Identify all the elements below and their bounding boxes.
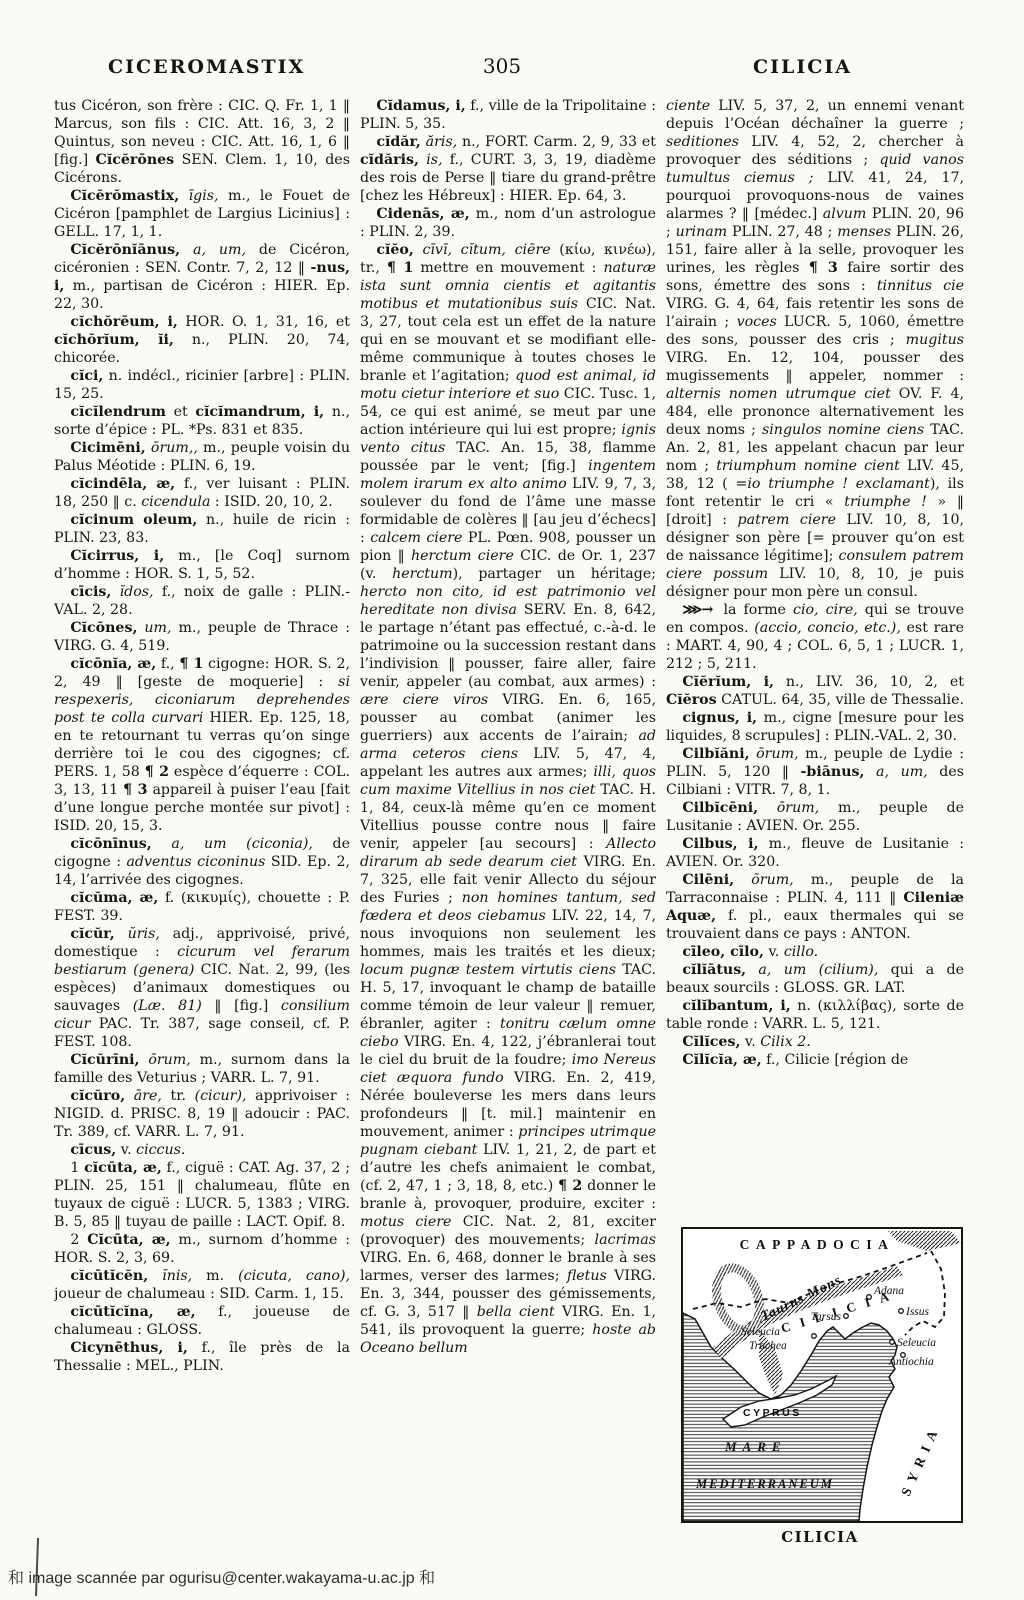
dictionary-entry: cĭcŭro, āre, tr. (cicur), apprivoiser : … bbox=[54, 1087, 350, 1141]
dictionary-entry: cĭci, n. indécl., ricinier [arbre] : PLI… bbox=[54, 367, 350, 403]
map-label-seleucia: Seleucia bbox=[897, 1337, 936, 1349]
dictionary-entry: cĭdăr, ăris, n., FORT. Carm. 2, 9, 33 et… bbox=[360, 133, 656, 205]
map-label-cyprus: CYPRUS bbox=[743, 1407, 802, 1419]
page-header: CICEROMASTIX 305 CILICIA bbox=[0, 56, 1024, 86]
dictionary-entry: cĭcŭr, ŭris, adj., apprivoisé, privé, do… bbox=[54, 925, 350, 1051]
map-label-issus: Issus bbox=[905, 1306, 930, 1318]
dictionary-entry: Cilēni, ōrum, m., peuple de la Tarraconn… bbox=[666, 871, 964, 943]
dictionary-entry: cĭcōnĭa, æ, f., ¶ 1 cigogne: HOR. S. 2, … bbox=[54, 655, 350, 835]
dictionary-entry: Cĭcĕrōnĭānus, a, um, de Cicéron, cicéron… bbox=[54, 241, 350, 313]
map-label-antiochia: Antiochia bbox=[888, 1356, 934, 1368]
header-right-keyword: CILICIA bbox=[753, 56, 852, 78]
dictionary-entry: cĭcĭlendrum et cĭcĭmandrum, i, n., sorte… bbox=[54, 403, 350, 439]
dictionary-entry: cĭcinum oleum, n., huile de ricin : PLIN… bbox=[54, 511, 350, 547]
dictionary-entry: tus Cicéron, son frère : CIC. Q. Fr. 1, … bbox=[54, 97, 350, 187]
dictionary-entry: cĭcūtĭcĭna, æ, f., joueuse de chalumeau … bbox=[54, 1303, 350, 1339]
dictionary-entry: ⋙→ la forme cio, cire, qui se trouve en … bbox=[666, 601, 964, 673]
header-left-keyword: CICEROMASTIX bbox=[108, 56, 305, 78]
dictionary-entry: Cĭĕrĭum, i, n., LIV. 36, 10, 2, et Cĭĕro… bbox=[666, 673, 964, 709]
dictionary-entry: cignus, i, m., cigne [mesure pour les li… bbox=[666, 709, 964, 745]
cilicia-map: CAPPADOCIA Taurus Mons CILICIA Adana Tar… bbox=[681, 1227, 963, 1523]
dictionary-entry: 2 Cĭcūta, æ, m., surnom d’homme : HOR. S… bbox=[54, 1231, 350, 1267]
map-label-mare: MARE bbox=[724, 1439, 787, 1454]
city-dot-issus bbox=[899, 1309, 904, 1314]
text-columns: tus Cicéron, son frère : CIC. Q. Fr. 1, … bbox=[54, 97, 970, 1375]
dictionary-entry: cĭlĭātus, a, um (cilium), qui a de beaux… bbox=[666, 961, 964, 997]
page-number: 305 bbox=[462, 54, 542, 78]
dictionary-entry: cĭcōnīnus, a, um (ciconia), de cigogne :… bbox=[54, 835, 350, 889]
dictionary-entry: Cĭdamus, i, f., ville de la Tripolitaine… bbox=[360, 97, 656, 133]
cilicia-map-svg: CAPPADOCIA Taurus Mons CILICIA Adana Tar… bbox=[683, 1229, 961, 1521]
remark-arrow-icon: ⋙→ bbox=[682, 602, 716, 618]
dictionary-entry: Cĭlĭces, v. Cilix 2. bbox=[666, 1033, 964, 1051]
dictionary-entry: Cilbĭcēni, ōrum, m., peuple de Lusitanie… bbox=[666, 799, 964, 835]
dictionary-column-1: tus Cicéron, son frère : CIC. Q. Fr. 1, … bbox=[54, 97, 350, 1375]
dictionary-entry: ciente LIV. 5, 37, 2, un ennemi venant d… bbox=[666, 97, 964, 601]
dictionary-entry: Cĭcŭrīni, ōrum, m., surnom dans la famil… bbox=[54, 1051, 350, 1087]
dictionary-entry: cĭcŭma, æ, f. (κικυμίς), chouette : P. F… bbox=[54, 889, 350, 925]
dictionary-entry: Cilbus, i, m., fleuve de Lusitanie : AVI… bbox=[666, 835, 964, 871]
city-dot-seleucia-trachea bbox=[812, 1334, 817, 1339]
map-label-seleucia-trachea-1: Seleucia bbox=[741, 1326, 780, 1338]
dictionary-entry: Cilbĭăni, ōrum, m., peuple de Lydie : PL… bbox=[666, 745, 964, 799]
dictionary-entry: cĭcindēla, æ, f., ver luisant : PLIN. 18… bbox=[54, 475, 350, 511]
dictionary-entry: cĭchŏrēum, i, HOR. O. 1, 31, 16, et cĭch… bbox=[54, 313, 350, 367]
dictionary-entry: cĭĕo, cīvī, cĭtum, ciēre (κίω, κινέω), t… bbox=[360, 241, 656, 1357]
dictionary-entry: cīcus, v. ciccus. bbox=[54, 1141, 350, 1159]
city-dot-seleucia bbox=[890, 1340, 895, 1345]
dictionary-entry: 1 cĭcūta, æ, f., ciguë : CAT. Ag. 37, 2 … bbox=[54, 1159, 350, 1231]
dictionary-entry: Cĭcirrus, i, m., [le Coq] surnom d’homme… bbox=[54, 547, 350, 583]
dictionary-column-3: ciente LIV. 5, 37, 2, un ennemi venant d… bbox=[666, 97, 964, 1223]
dictionary-entry: cīleo, cīlo, v. cillo. bbox=[666, 943, 964, 961]
dictionary-page: CICEROMASTIX 305 CILICIA tus Cicéron, so… bbox=[0, 0, 1024, 1600]
dictionary-entry: Cĭcŏnes, um, m., peuple de Thrace : VIRG… bbox=[54, 619, 350, 655]
dictionary-column-2: Cĭdamus, i, f., ville de la Tripolitaine… bbox=[360, 97, 656, 1375]
dictionary-entry: Cicimēni, ōrum,, m., peuple voisin du Pa… bbox=[54, 439, 350, 475]
dictionary-entry: Cĭcĕrŏmastix, īgis, m., le Fouet de Cicé… bbox=[54, 187, 350, 241]
dictionary-entry: cĭcūtĭcĕn, ĭnis, m. (cicuta, cano), joue… bbox=[54, 1267, 350, 1303]
map-label-tarsus: Tarsus bbox=[811, 1311, 842, 1323]
map-label-mediterraneum: MEDITERRANEUM bbox=[695, 1477, 834, 1491]
map-caption: CILICIA bbox=[681, 1528, 959, 1546]
dictionary-entry: Cicynēthus, i, f., île près de la Thessa… bbox=[54, 1339, 350, 1375]
map-label-adana: Adana bbox=[873, 1285, 904, 1297]
map-label-cappadocia: CAPPADOCIA bbox=[740, 1237, 895, 1252]
dictionary-entry: Cĭlĭcĭa, æ, f., Cilicie [région de bbox=[666, 1051, 964, 1069]
dictionary-entry: Cidenās, æ, m., nom d’un astrologue : PL… bbox=[360, 205, 656, 241]
map-label-seleucia-trachea-2: Trachea bbox=[749, 1340, 787, 1352]
scan-credit-footer: 和 image scannée par ogurisu@center.wakay… bbox=[8, 1565, 435, 1588]
dictionary-entry: cīcis, ĭdos, f., noix de galle : PLIN.-V… bbox=[54, 583, 350, 619]
dictionary-entry: cĭlĭbantum, i, n. (κιλλίβας), sorte de t… bbox=[666, 997, 964, 1033]
